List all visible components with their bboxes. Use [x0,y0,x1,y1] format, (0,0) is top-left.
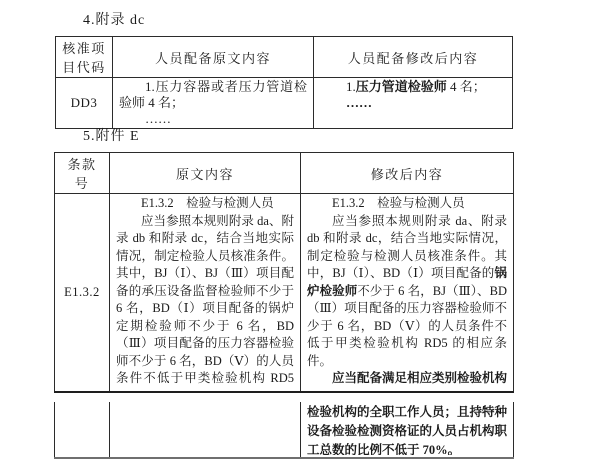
original-content-text: E1.3.2 检验与检测人员 应当参照本规则附录 da、附录 db 和附录 dc… [116,195,294,387]
modified-clause-title: E1.3.2 检验与检测人员 [307,195,507,213]
cell-staffing-modified: 1.压力管道检验师 4 名； …… [314,78,513,129]
header-modified-content: 修改后内容 [301,153,514,194]
annex-e-table: 条款号 原文内容 修改后内容 E1.3.2 E1.3.2 检验与检测人员 应当参… [54,152,514,393]
staffing-modified-suffix: 4 名； [447,79,486,94]
modified-content-text: E1.3.2 检验与检测人员 应当参照本规则附录 da、附录 db 和附录 dc… [307,195,507,387]
section-heading-appendix-dc: 4.附录 dc [83,9,145,29]
cell-clause-number-empty [55,402,110,458]
cell-clause-number: E1.3.2 [55,194,110,392]
staffing-original-line: 1.压力容器或者压力管道检验师 4 名； [119,79,307,111]
cell-project-code: DD3 [56,78,113,129]
original-clause-body: 应当参照本规则附录 da、附录 db 和附录 dc，结合当地实际情况，制定检验人… [116,213,294,388]
header-project-code-label: 核准项 目代码 [62,41,106,75]
annex-e-table-continuation: 检验机构的全职工作人员；且持特种设备检验检测资格证的人员占机构职工总数的比例不低… [54,402,514,459]
staffing-modified-ellipsis: …… [320,95,506,111]
section-heading-annex-e: 5.附件 E [83,125,140,145]
appendix-dc-table: 核准项 目代码 人员配备原文内容 人员配备修改后内容 DD3 1.压力容器或者压… [55,36,513,129]
cell-original-content: E1.3.2 检验与检测人员 应当参照本规则附录 da、附录 db 和附录 dc… [110,194,301,392]
cell-original-content-empty [110,402,301,458]
appendix-dc-header-row: 核准项 目代码 人员配备原文内容 人员配备修改后内容 [56,37,513,78]
header-clause-number: 条款号 [55,153,110,194]
cell-modified-content-continued: 检验机构的全职工作人员；且持特种设备检验检测资格证的人员占机构职工总数的比例不低… [301,402,514,458]
annex-e-continuation-row: 检验机构的全职工作人员；且持特种设备检验检测资格证的人员占机构职工总数的比例不低… [55,402,514,458]
header-project-code: 核准项 目代码 [56,37,113,78]
annex-e-header-row: 条款号 原文内容 修改后内容 [55,153,514,194]
modified-clause-para2: 应当配备满足相应类别检验机构对检验与检测人员的要求，且满足申请核准项目对应的人员… [307,370,507,387]
modified-clause-continuation: 检验机构的全职工作人员；且持特种设备检验检测资格证的人员占机构职工总数的比例不低… [307,403,507,455]
cell-modified-content: E1.3.2 检验与检测人员 应当参照本规则附录 da、附录 db 和附录 dc… [301,194,514,392]
header-staffing-original: 人员配备原文内容 [113,37,314,78]
staffing-modified-bold: 压力管道检验师 [356,79,447,94]
staffing-modified-prefix: 1. [346,79,356,94]
modified-body-before: 应当参照本规则附录 da、附录 db 和附录 dc，结合当地实际情况，制定检验与… [307,214,507,281]
appendix-dc-row-dd3: DD3 1.压力容器或者压力管道检验师 4 名； …… 1.压力管道检验师 4 … [56,78,513,129]
modified-clause-body: 应当参照本规则附录 da、附录 db 和附录 dc，结合当地实际情况，制定检验与… [307,213,507,371]
annex-e-row-e132: E1.3.2 E1.3.2 检验与检测人员 应当参照本规则附录 da、附录 db… [55,194,514,392]
header-original-content: 原文内容 [110,153,301,194]
original-clause-title: E1.3.2 检验与检测人员 [116,195,294,213]
document-page: 4.附录 dc 核准项 目代码 人员配备原文内容 人员配备修改后内容 DD3 1… [0,0,596,468]
staffing-modified-line: 1.压力管道检验师 4 名； [320,79,506,95]
header-staffing-modified: 人员配备修改后内容 [314,37,513,78]
cell-staffing-original: 1.压力容器或者压力管道检验师 4 名； …… [113,78,314,129]
modified-content-continued-text: 检验机构的全职工作人员；且持特种设备检验检测资格证的人员占机构职工总数的比例不低… [307,403,507,455]
staffing-original-ellipsis: …… [119,111,307,127]
